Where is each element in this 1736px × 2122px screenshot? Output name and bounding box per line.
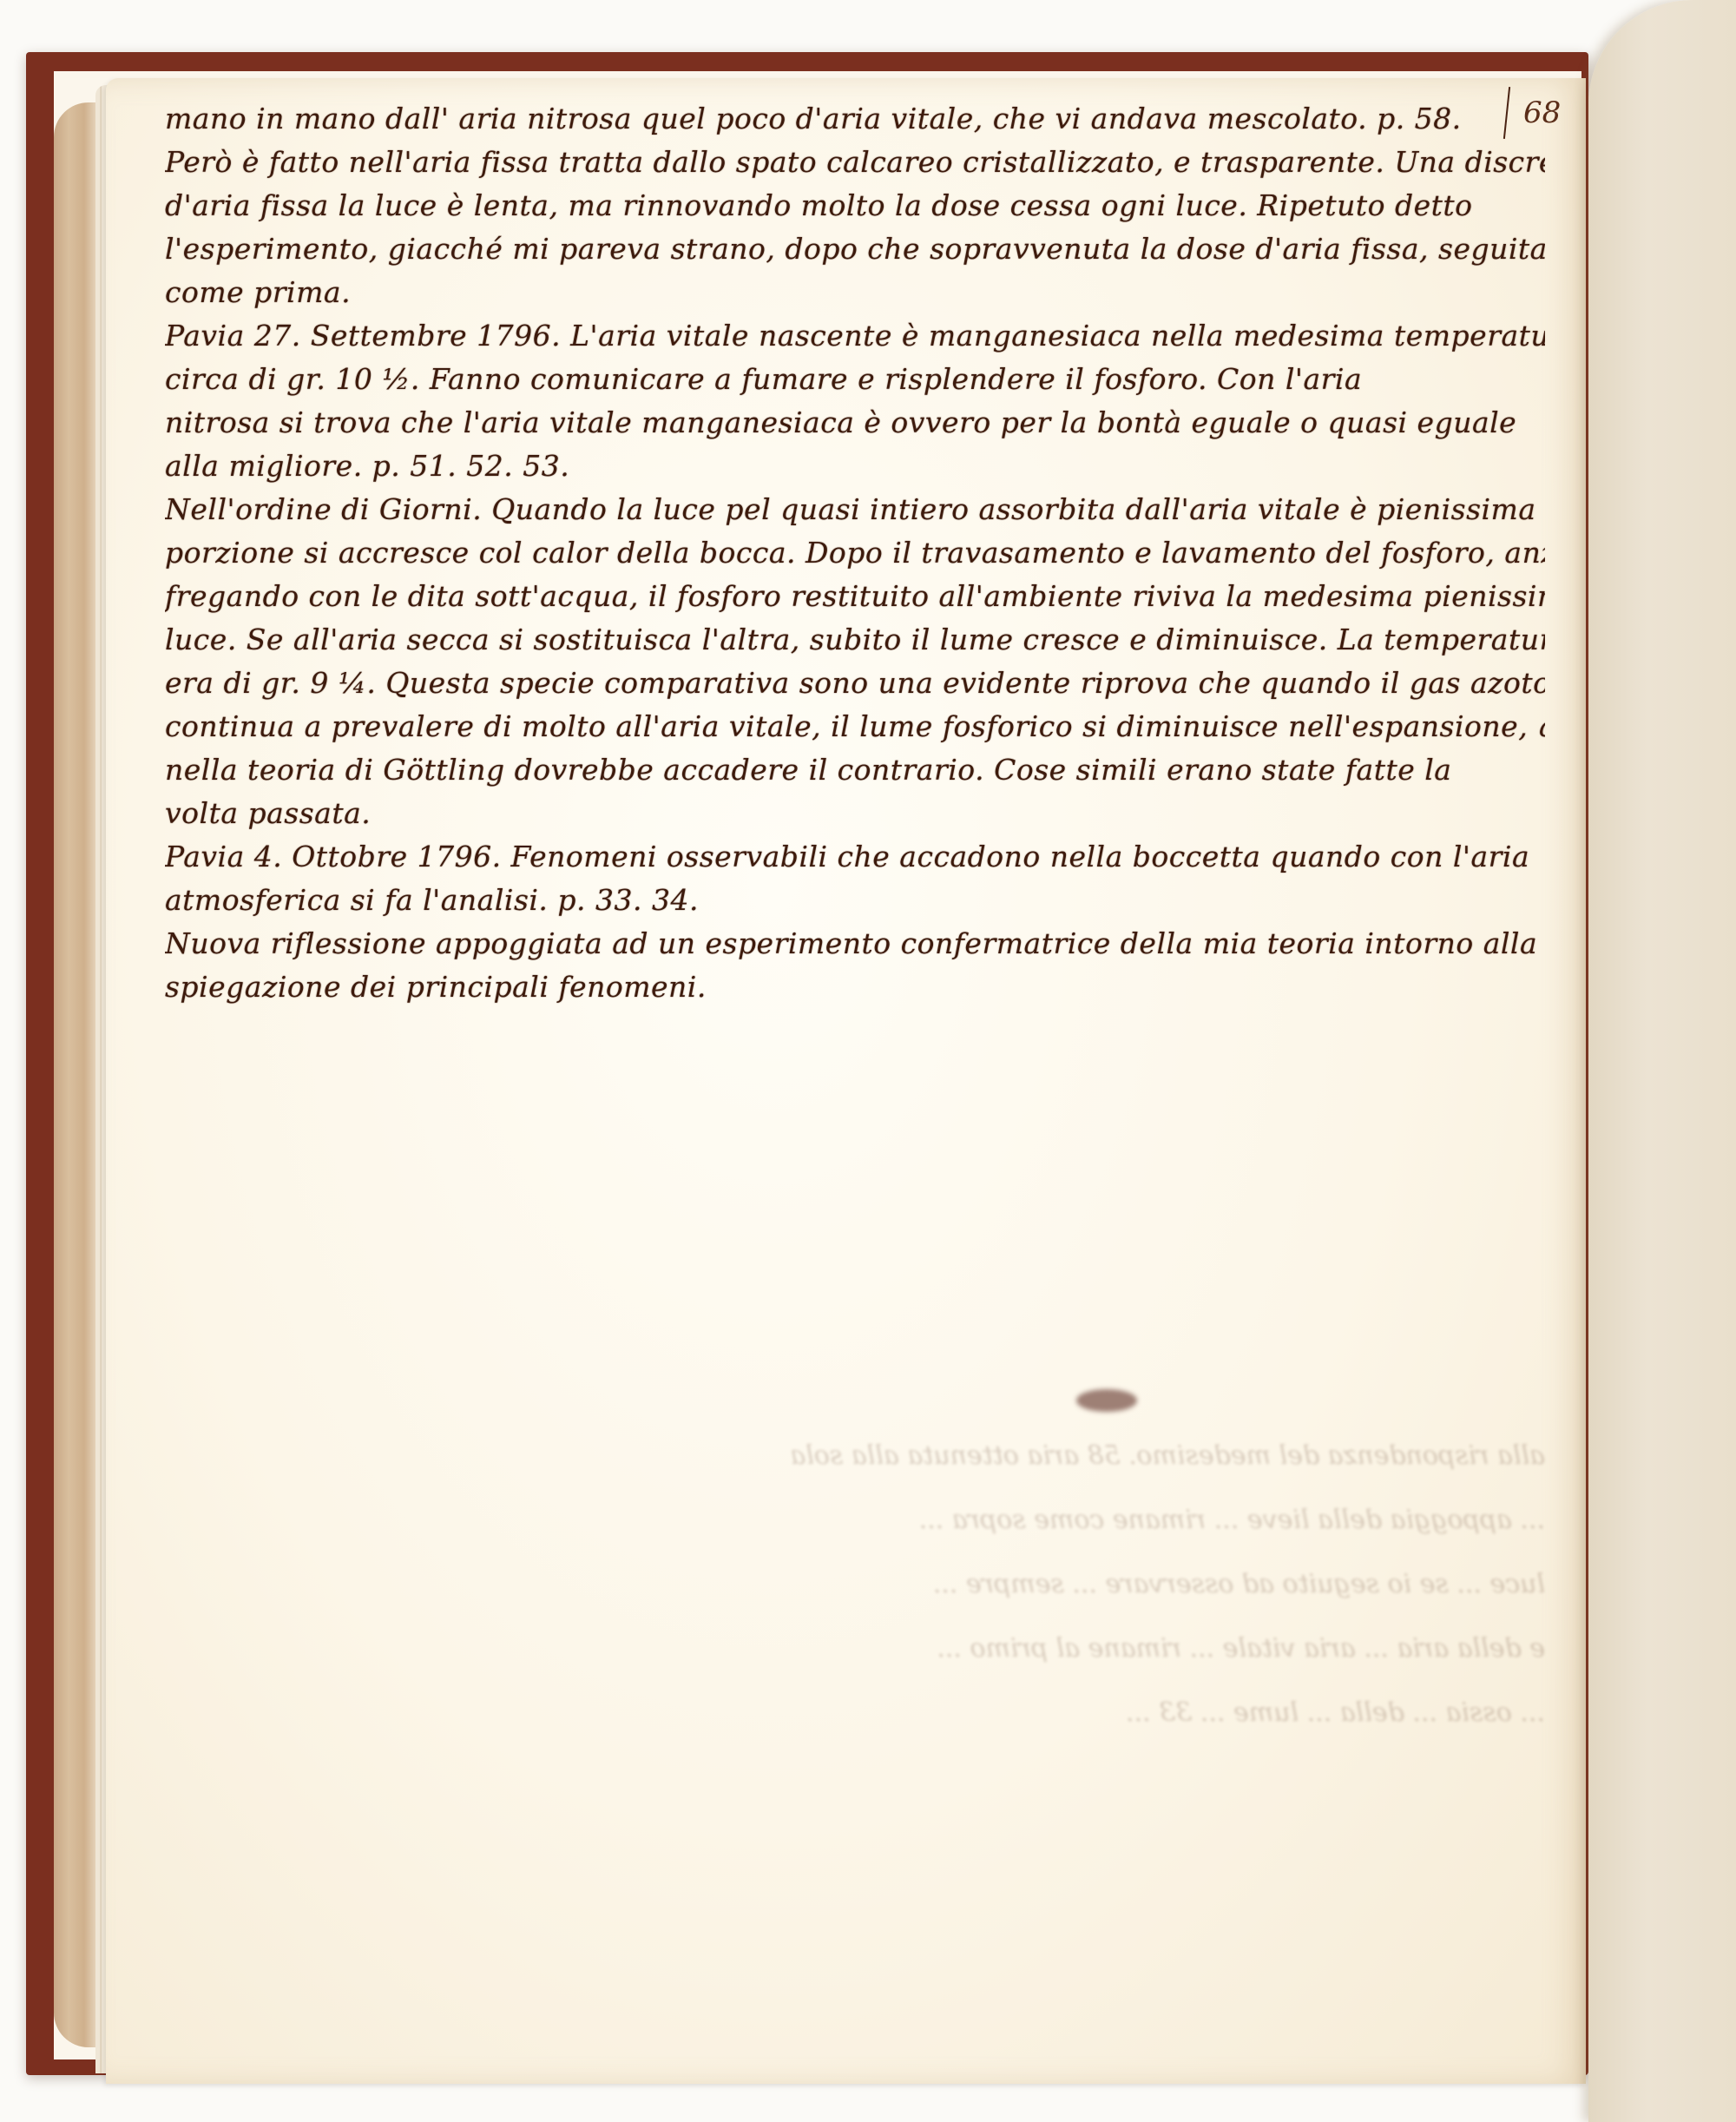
manuscript-line: mano in mano dall' aria nitrosa quel poc… [165,97,1545,141]
manuscript-line: nitrosa si trova che l'aria vitale manga… [165,401,1545,445]
manuscript-line: fregando con le dita sott'acqua, il fosf… [165,575,1545,618]
manuscript-line: Nuova riflessione appoggiata ad un esper… [165,922,1545,965]
bleed-through-line: ... appoggia della lieve ... rimane come… [165,1488,1545,1552]
facing-page-leaf [1588,0,1736,2122]
manuscript-line: d'aria fissa la luce è lenta, ma rinnova… [165,184,1545,227]
manuscript-line: nella teoria di Göttling dovrebbe accade… [165,748,1545,792]
manuscript-line: luce. Se all'aria secca si sostituisca l… [165,618,1545,662]
bleed-through-line: e della aria ... aria vitale ... rimane … [165,1617,1545,1681]
page-edge-stack [54,102,97,2047]
handwritten-text: mano in mano dall' aria nitrosa quel poc… [165,97,1545,1009]
manuscript-line: circa di gr. 10 ½. Fanno comunicare a fu… [165,358,1545,401]
manuscript-line: alla migliore. p. 51. 52. 53. [165,445,1545,488]
manuscript-line: porzione si accresce col calor della boc… [165,531,1545,575]
ink-blot [1076,1389,1137,1412]
manuscript-line: continua a prevalere di molto all'aria v… [165,705,1545,748]
manuscript-line: volta passata. [165,792,1545,835]
manuscript-line: l'esperimento, giacché mi pareva strano,… [165,227,1545,271]
manuscript-line-dated-entry: Pavia 4. Ottobre 1796. Fenomeni osservab… [165,835,1545,879]
bleed-through-text: alla rispondenza del medesimo. 58 aria o… [165,1424,1545,1745]
manuscript-line: Nell'ordine di Giorni. Quando la luce pe… [165,488,1545,531]
manuscript-line: atmosferica si fa l'analisi. p. 33. 34. [165,879,1545,922]
manuscript-line: Però è fatto nell'aria fissa tratta dall… [165,141,1545,184]
bleed-through-line: ... ossia ... della ... lume ... 33 ... [165,1681,1545,1745]
manuscript-line: come prima. [165,271,1545,314]
bleed-through-line: alla rispondenza del medesimo. 58 aria o… [165,1424,1545,1488]
bleed-through-line: luce ... se io seguito ad osservare ... … [165,1552,1545,1617]
manuscript-line: spiegazione dei principali fenomeni. [165,965,1545,1009]
manuscript-line-dated-entry: Pavia 27. Settembre 1796. L'aria vitale … [165,314,1545,358]
manuscript-line: era di gr. 9 ¼. Questa specie comparativ… [165,662,1545,705]
